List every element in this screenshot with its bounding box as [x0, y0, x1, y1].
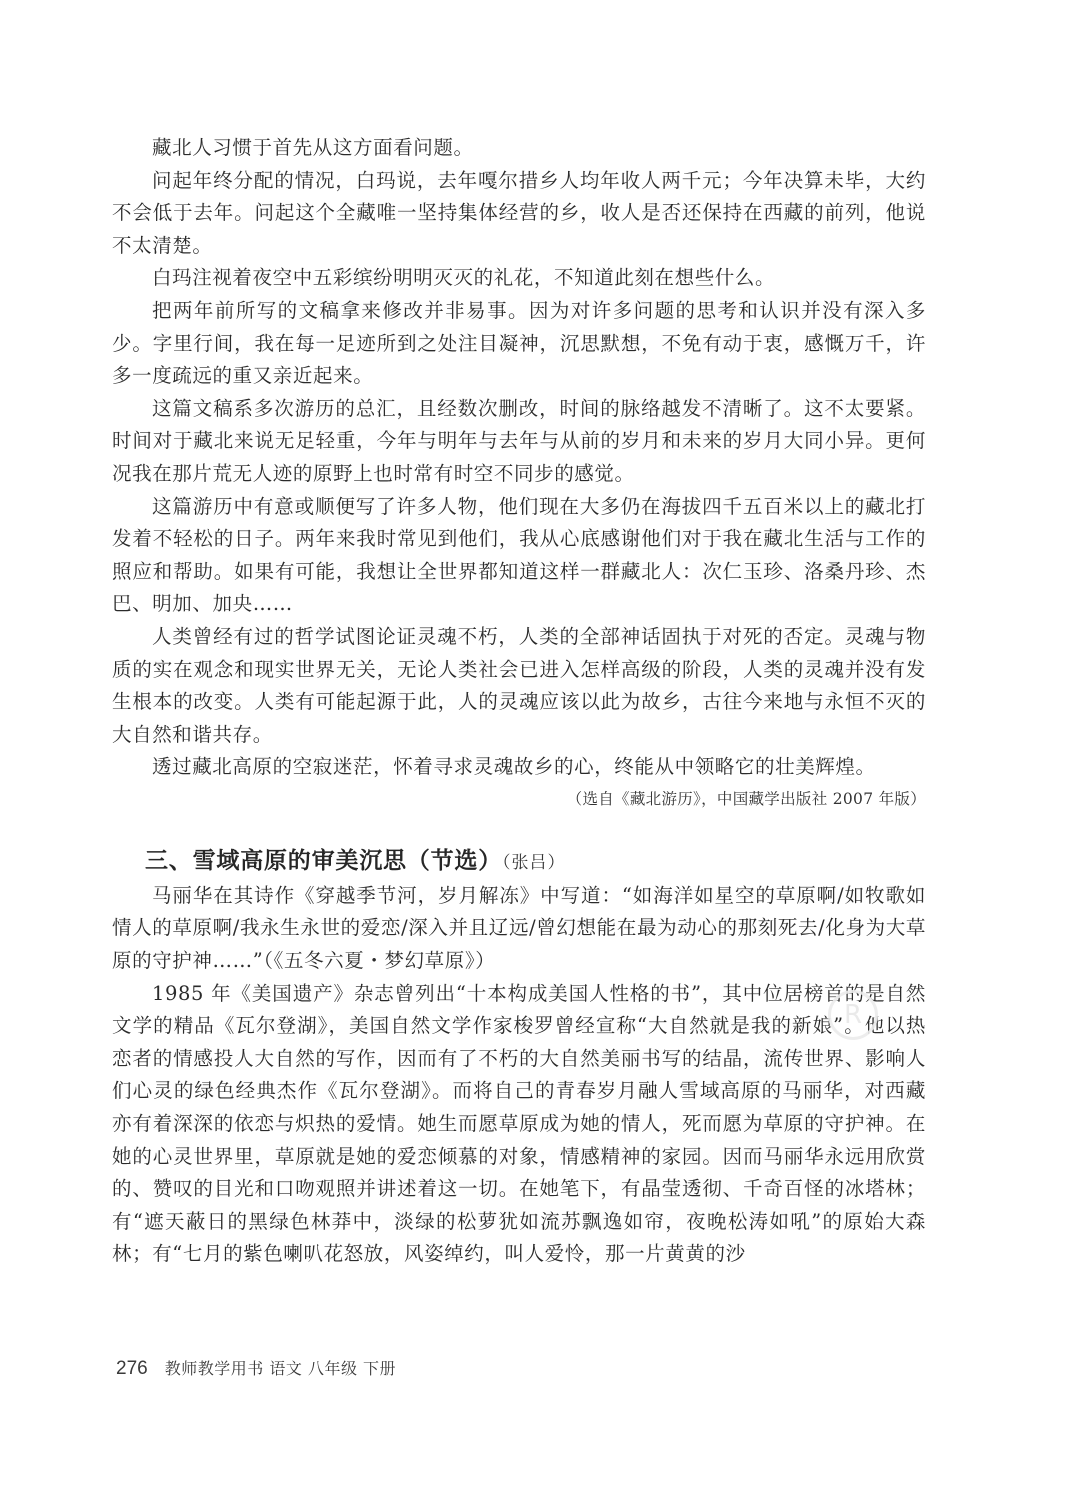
paragraph: 白玛注视着夜空中五彩缤纷明明灭灭的礼花，不知道此刻在想些什么。	[112, 262, 926, 295]
section-heading: 三、雪域高原的审美沉思（节选）（张吕）	[112, 844, 926, 880]
paragraph: 这篇游历中有意或顺便写了许多人物，他们现在大多仍在海拔四千五百米以上的藏北打发着…	[112, 491, 926, 621]
section-title: 三、雪域高原的审美沉思（节选）	[145, 847, 502, 874]
paragraph: 这篇文稿系多次游历的总汇，且经数次删改，时间的脉络越发不清晰了。这不太要紧。时间…	[112, 393, 926, 491]
registered-watermark-icon: R	[828, 990, 878, 1040]
paragraph: 把两年前所写的文稿拿来修改并非易事。因为对许多问题的思考和认识并没有深入多少。字…	[112, 295, 926, 393]
paragraph: 马丽华在其诗作《穿越季节河，岁月解冻》中写道：“如海洋如星空的草原啊/如牧歌如情…	[112, 880, 926, 978]
paragraph: 1985 年《美国遗产》杂志曾列出“十本构成美国人性格的书”，其中位居榜首的是自…	[112, 978, 926, 1271]
document-page: 藏北人习惯于首先从这方面看问题。 问起年终分配的情况，白玛说，去年嘎尔措乡人均年…	[0, 0, 1080, 1508]
paragraph: 人类曾经有过的哲学试图论证灵魂不朽，人类的全部神话固执于对死的否定。灵魂与物质的…	[112, 621, 926, 751]
paragraph: 藏北人习惯于首先从这方面看问题。	[112, 132, 926, 165]
page-number: 276	[116, 1358, 148, 1379]
paragraph: 透过藏北高原的空寂迷茫，怀着寻求灵魂故乡的心，终能从中领略它的壮美辉煌。	[112, 751, 926, 784]
running-title: 教师教学用书 语文 八年级 下册	[165, 1359, 396, 1378]
page-footer: 276 教师教学用书 语文 八年级 下册	[116, 1356, 396, 1380]
paragraph: 问起年终分配的情况，白玛说，去年嘎尔措乡人均年收人两千元；今年决算未毕，大约不会…	[112, 165, 926, 263]
page-body: 藏北人习惯于首先从这方面看问题。 问起年终分配的情况，白玛说，去年嘎尔措乡人均年…	[112, 132, 926, 1271]
source-citation: （选自《藏北游历》，中国藏学出版社 2007 年版）	[112, 784, 926, 814]
section-author: （张吕）	[502, 853, 566, 873]
